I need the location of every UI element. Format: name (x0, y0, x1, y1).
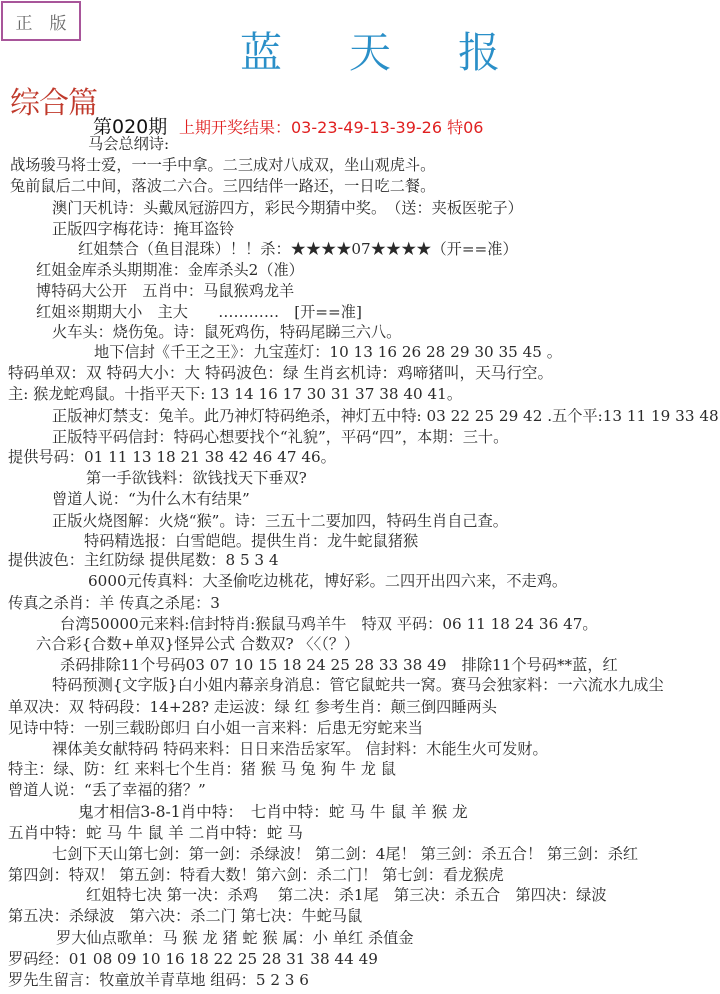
text-line: 战场骏马将士爱，一一手中拿。二三成对八成双，坐山观虎斗。 (10, 155, 435, 175)
masthead-char: 蓝 (240, 20, 282, 80)
text-line: 正版神灯禁支：兔羊。此乃神灯特码绝杀，神灯五中特: 03 22 25 29 42… (52, 406, 719, 426)
text-line: 提供波色：主红防绿 提供尾数：8 5 3 4 (8, 550, 279, 570)
text-line: 第一手欲钱料：欲钱找天下垂双? (86, 468, 307, 488)
masthead-char: 天 (349, 20, 391, 80)
text-line: 罗大仙点歌单：马 猴 龙 猪 蛇 猴 属：小 单红 杀值金 (56, 928, 414, 948)
text-line: 兔前鼠后二中间，落波二六合。三四结伴一路还，一日吃二餐。 (10, 176, 435, 196)
text-line: 台湾50000元来料:信封特肖:猴鼠马鸡羊牛 特双 平码：06 11 18 24… (60, 614, 598, 634)
badge-char: 正 (16, 9, 33, 34)
text-line: 第五决：杀绿波 第六决：杀二门 第七决：牛蛇马鼠 (8, 906, 362, 926)
badge-char: 版 (50, 9, 67, 34)
text-line: 正版特平码信封：特码心想要找个“礼貌”，平码“四”，本期：三十。 (52, 427, 508, 447)
text-line: 特主：绿、防：红 来料七个生肖：猪 猴 马 兔 狗 牛 龙 鼠 (8, 759, 396, 779)
text-line: 特码预测{文字版}白小姐内幕亲身消息：管它鼠蛇共一窝。赛马会独家料：一六流水九成… (52, 675, 664, 695)
masthead-char: 报 (458, 20, 500, 80)
text-line: 曾道人说：“为什么木有结果” (52, 489, 250, 509)
text-line: 曾道人说：“丢了幸福的猪？” (8, 780, 206, 800)
text-line: 六合彩{合数+单双}怪异公式 合数双? 〈〈（？） (36, 634, 359, 654)
text-line: 传真之杀肖：羊 传真之杀尾：3 (8, 593, 220, 613)
text-line: 杀码排除11个号码03 07 10 15 18 24 25 28 33 38 4… (60, 655, 618, 675)
text-line: 6000元传真料：大圣偷吃边桃花，博好彩。二四开出四六来，不走鸡。 (88, 571, 567, 591)
text-line: 马会总纲诗: (88, 134, 169, 154)
section-title: 综合篇 (10, 78, 97, 122)
text-line: 鬼才相信3-8-1肖中特： 七肖中特：蛇 马 牛 鼠 羊 猴 龙 (78, 802, 468, 822)
text-line: 红姐※期期大小 主大 ………… [开==准] (36, 302, 362, 322)
text-line: 地下信封《千王之王》：九宝莲灯：10 13 16 26 28 29 30 35 … (94, 342, 562, 362)
text-line: 单双决：双 特码段：14+28? 走运波：绿 红 参考生肖：颠三倒四睡两头 (8, 697, 497, 717)
text-line: 红姐禁合（鱼目混珠）！！杀：★★★★07★★★★（开==准） (78, 239, 518, 259)
text-line: 特码精选报：白雪皑皑。提供生肖：龙牛蛇鼠猪猴 (84, 531, 418, 551)
text-line: 红姐金库杀头期期准：金库杀头2（准） (36, 260, 304, 280)
text-line: 火车头：烧伤兔。诗：鼠死鸡伤，特码尾睇三六八。 (52, 322, 401, 342)
text-line: 博特码大公开 五肖中：马鼠猴鸡龙羊 (36, 281, 294, 301)
text-line: 正版火烧图解：火烧“猴”。诗：三五十二要加四，特码生肖自己查。 (52, 511, 508, 531)
text-line: 罗先生留言：牧童放羊青草地 组码：5 2 3 6 (8, 970, 309, 990)
text-line: 红姐特七决 第一决：杀鸡 第二决：杀1尾 第三决：杀五合 第四决：绿波 (86, 885, 607, 905)
text-line: 澳门天机诗：头戴凤冠游四方，彩民今期猜中奖。 （送：夹板医驼子） (52, 198, 523, 218)
text-line: 特码单双：双 特码大小：大 特码波色：绿 生肖玄机诗：鸡啼猪叫，天马行空。 (8, 363, 553, 383)
text-line: 第四剑：特双！ 第五剑：特看大数！第六剑：杀二门！ 第七剑：看龙猴虎 (8, 865, 504, 885)
text-line: 正版四字梅花诗：掩耳盗铃 (52, 219, 234, 239)
text-line: 罗码经：01 08 09 10 16 18 22 25 28 31 38 44 … (8, 949, 378, 969)
authentic-badge: 正 版 (1, 1, 81, 41)
text-line: 七剑下天山第七剑：第一剑：杀绿波！ 第二剑：4尾！ 第三剑：杀五合！ 第三剑：杀… (52, 844, 638, 864)
text-line: 见诗中特：一别三载盼郎归 白小姐一言来料：后患无穷蛇来当 (8, 718, 423, 738)
last-draw-result: 上期开奖结果：03-23-49-13-39-26 特06 (179, 118, 483, 137)
text-line: 主: 猴龙蛇鸡鼠。十指平天下: 13 14 16 17 30 31 37 38 … (8, 384, 462, 404)
masthead-title: 蓝 天 报 (240, 20, 500, 80)
text-line: 裸体美女献特码 特码来料：日日来浩岳家军。 信封料：木能生火可发财。 (52, 739, 548, 759)
text-line: 提供号码：01 11 13 18 21 38 42 46 47 46。 (8, 447, 336, 467)
text-line: 五肖中特：蛇 马 牛 鼠 羊 二肖中特：蛇 马 (8, 823, 303, 843)
